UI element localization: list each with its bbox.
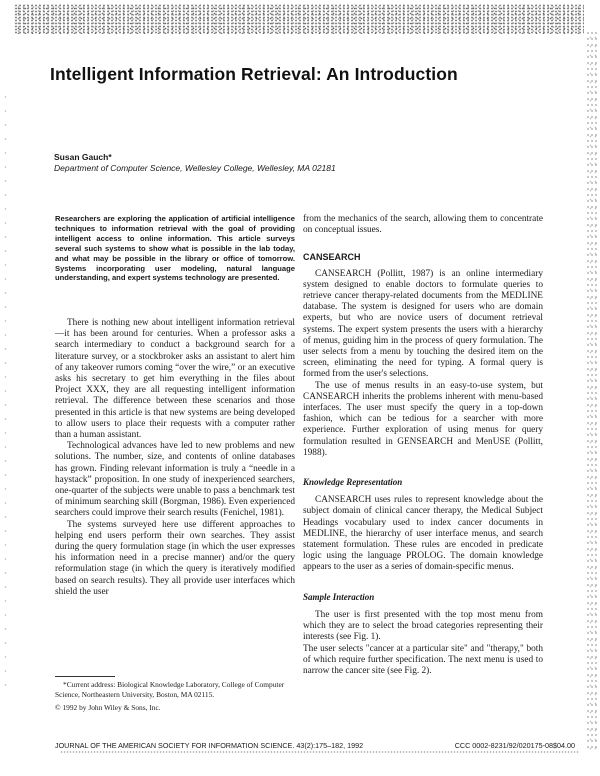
subsection-heading: Knowledge Representation: [303, 477, 543, 488]
author-affiliation: Department of Computer Science, Wellesle…: [54, 163, 336, 173]
footnote-text: *Current address: Biological Knowledge L…: [55, 680, 295, 699]
right-column: from the mechanics of the search, allowi…: [303, 214, 543, 677]
section-heading: CANSEARCH: [303, 252, 543, 263]
body-paragraph: CANSEARCH uses rules to represent knowle…: [303, 495, 543, 573]
copyright: © 1992 by John Wiley & Sons, Inc.: [55, 703, 161, 712]
author-name: Susan Gauch*: [54, 152, 112, 162]
footnote-rule: [55, 676, 115, 677]
body-paragraph: The user selects "cancer at a particular…: [303, 644, 543, 678]
ccc-code: CCC 0002-8231/92/020175-08$04.00: [455, 741, 575, 750]
body-paragraph: The use of menus results in an easy-to-u…: [303, 381, 543, 459]
journal-citation: JOURNAL OF THE AMERICAN SOCIETY FOR INFO…: [55, 741, 363, 750]
body-paragraph-continuation: from the mechanics of the search, allowi…: [303, 214, 543, 236]
page-footer: JOURNAL OF THE AMERICAN SOCIETY FOR INFO…: [55, 741, 575, 750]
body-paragraph: CANSEARCH (Pollitt, 1987) is an online i…: [303, 269, 543, 381]
abstract: Researchers are exploring the applicatio…: [55, 214, 295, 283]
scan-noise-left: [3, 90, 9, 690]
subsection-heading: Sample Interaction: [303, 592, 543, 603]
scan-noise-bottom: [60, 750, 580, 754]
body-paragraph: The systems surveyed here use different …: [55, 520, 295, 598]
left-column: There is nothing new about intelligent i…: [55, 318, 295, 598]
body-paragraph: There is nothing new about intelligent i…: [55, 318, 295, 441]
article-title: Intelligent Information Retrieval: An In…: [50, 64, 458, 85]
scan-noise-right: [586, 30, 598, 750]
body-paragraph: Technological advances have led to new p…: [55, 441, 295, 519]
body-paragraph: The user is first presented with the top…: [303, 610, 543, 644]
footnote: *Current address: Biological Knowledge L…: [55, 680, 295, 699]
scan-noise-top: [14, 4, 584, 34]
